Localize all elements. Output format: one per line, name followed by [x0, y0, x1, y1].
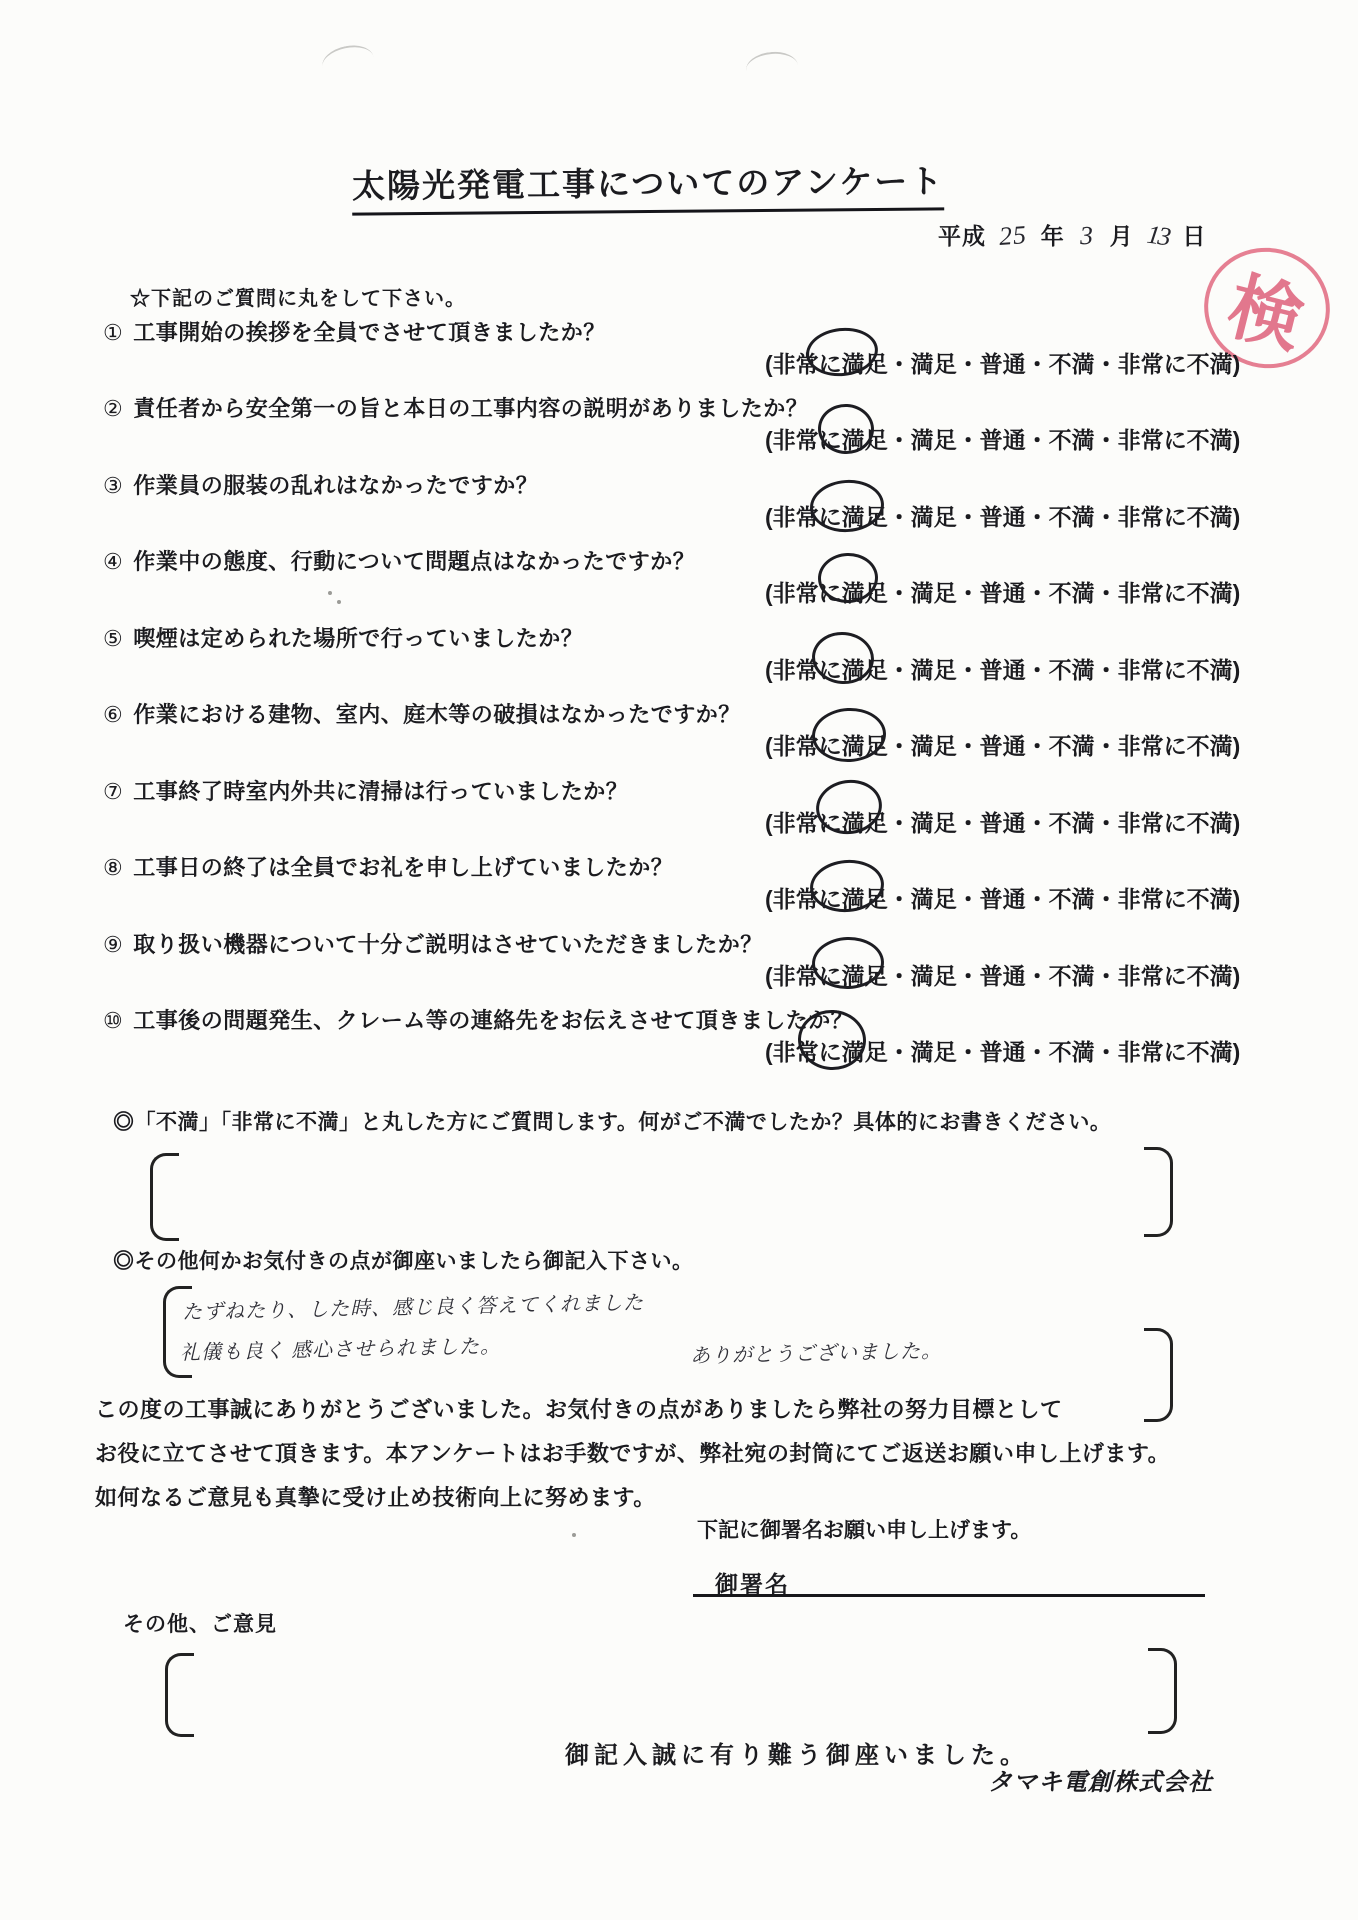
signature-request: 下記に御署名お願い申し上げます。 — [697, 1514, 1031, 1544]
question-text: 工事後の問題発生、クレーム等の連絡先をお伝えさせて頂きましたか？ — [133, 1008, 853, 1033]
closing-paragraph-line-1: この度の工事誠にありがとうございました。お気付きの点がありましたら弊社の努力目標… — [95, 1393, 1063, 1424]
question-row: ②責任者から安全第一の旨と本日の工事内容の説明がありましたか？ — [103, 392, 808, 423]
scan-artifact-arc — [744, 49, 799, 86]
question-text: 喫煙は定められた場所で行っていましたか？ — [133, 626, 583, 651]
question-text: 工事終了時室内外共に清掃は行っていましたか？ — [133, 779, 628, 804]
question-row: ⑧工事日の終了は全員でお礼を申し上げていましたか？ — [103, 851, 673, 882]
question-number: ③ — [103, 473, 123, 498]
scan-speck — [328, 591, 332, 595]
closing-thanks: 御記入誠に有り難う御座いました。 — [565, 1735, 1029, 1770]
date-line: 平成 25 年 3 月 13 日 — [938, 218, 1206, 251]
other-opinions-label: その他、ご意見 — [123, 1608, 277, 1638]
month-unit: 月 — [1110, 223, 1134, 249]
question-text: 作業員の服装の乱れはなかったですか？ — [133, 473, 538, 498]
question-text: 作業中の態度、行動について問題点はなかったですか？ — [133, 549, 695, 574]
section-prompt-other: ◎その他何かお気付きの点が御座いましたら御記入下さい。 — [113, 1245, 694, 1275]
scan-speck — [572, 1533, 576, 1537]
instruction-note: ☆下記のご質問に丸をして下さい。 — [130, 282, 466, 311]
question-number: ⑤ — [103, 626, 123, 651]
question-text: 作業における建物、室内、庭木等の破損はなかったですか？ — [133, 702, 741, 727]
question-row: ⑨取り扱い機器について十分ご説明はさせていただきましたか？ — [103, 928, 763, 959]
question-row: ④作業中の態度、行動について問題点はなかったですか？ — [103, 545, 695, 576]
scan-artifact-arc — [319, 41, 377, 83]
section-prompt-dissatisfied: ◎「不満」「非常に不満」と丸した方にご質問します。何がご不満でしたか？具体的にお… — [113, 1106, 1111, 1136]
question-row: ③作業員の服装の乱れはなかったですか？ — [103, 469, 538, 500]
question-text: 工事日の終了は全員でお礼を申し上げていましたか？ — [133, 855, 673, 880]
question-text: 取り扱い機器について十分ご説明はさせていただきましたか？ — [133, 932, 763, 957]
era-label: 平成 — [938, 223, 986, 249]
question-number: ⑩ — [103, 1008, 123, 1033]
bracket-right-icon — [1144, 1328, 1173, 1422]
scanned-survey-page: 太陽光発電工事についてのアンケート 平成 25 年 3 月 13 日 検 ☆下記… — [0, 0, 1358, 1920]
company-name: タマキ電創株式会社 — [988, 1762, 1213, 1797]
handwriting-line-1: たずねたり、した時、感じ良く答えてくれました — [182, 1286, 645, 1325]
question-row: ⑥作業における建物、室内、庭木等の破損はなかったですか？ — [103, 698, 741, 729]
day-value-handwritten: 13 — [1145, 220, 1171, 253]
year-unit: 年 — [1041, 223, 1065, 249]
handwriting-line-2: 礼儀も良く 感心させられました。 — [180, 1330, 502, 1366]
question-text: 工事開始の挨拶を全員でさせて頂きましたか？ — [133, 320, 606, 345]
bracket-left-icon — [165, 1653, 194, 1737]
question-number: ④ — [103, 549, 123, 574]
bracket-right-icon — [1148, 1648, 1177, 1734]
bracket-right-icon — [1144, 1147, 1173, 1237]
year-value-handwritten: 25 — [998, 220, 1028, 252]
question-row: ⑩工事後の問題発生、クレーム等の連絡先をお伝えさせて頂きましたか？ — [103, 1004, 853, 1035]
month-value-handwritten: 3 — [1080, 221, 1095, 251]
question-number: ② — [103, 396, 123, 421]
handwriting-thanks: ありがとうございました。 — [690, 1334, 943, 1368]
question-text: 責任者から安全第一の旨と本日の工事内容の説明がありましたか？ — [133, 396, 808, 421]
question-number: ① — [103, 320, 123, 345]
question-number: ⑦ — [103, 779, 123, 804]
day-unit: 日 — [1182, 223, 1206, 249]
page-title: 太陽光発電工事についてのアンケート — [352, 155, 945, 215]
closing-paragraph-line-3: 如何なるご意見も真摯に受け止め技術向上に努めます。 — [95, 1481, 656, 1512]
closing-paragraph-line-2: お役に立てさせて頂きます。本アンケートはお手数ですが、弊社宛の封筒にてご返送お願… — [95, 1437, 1170, 1468]
question-number: ⑧ — [103, 855, 123, 880]
question-number: ⑨ — [103, 932, 123, 957]
question-number: ⑥ — [103, 702, 123, 727]
bracket-left-icon — [150, 1153, 179, 1241]
scan-speck — [337, 600, 341, 604]
signature-line — [693, 1594, 1205, 1597]
question-row: ⑤喫煙は定められた場所で行っていましたか？ — [103, 622, 583, 653]
question-row: ⑦工事終了時室内外共に清掃は行っていましたか？ — [103, 775, 628, 806]
question-row: ①工事開始の挨拶を全員でさせて頂きましたか？ — [103, 316, 606, 347]
